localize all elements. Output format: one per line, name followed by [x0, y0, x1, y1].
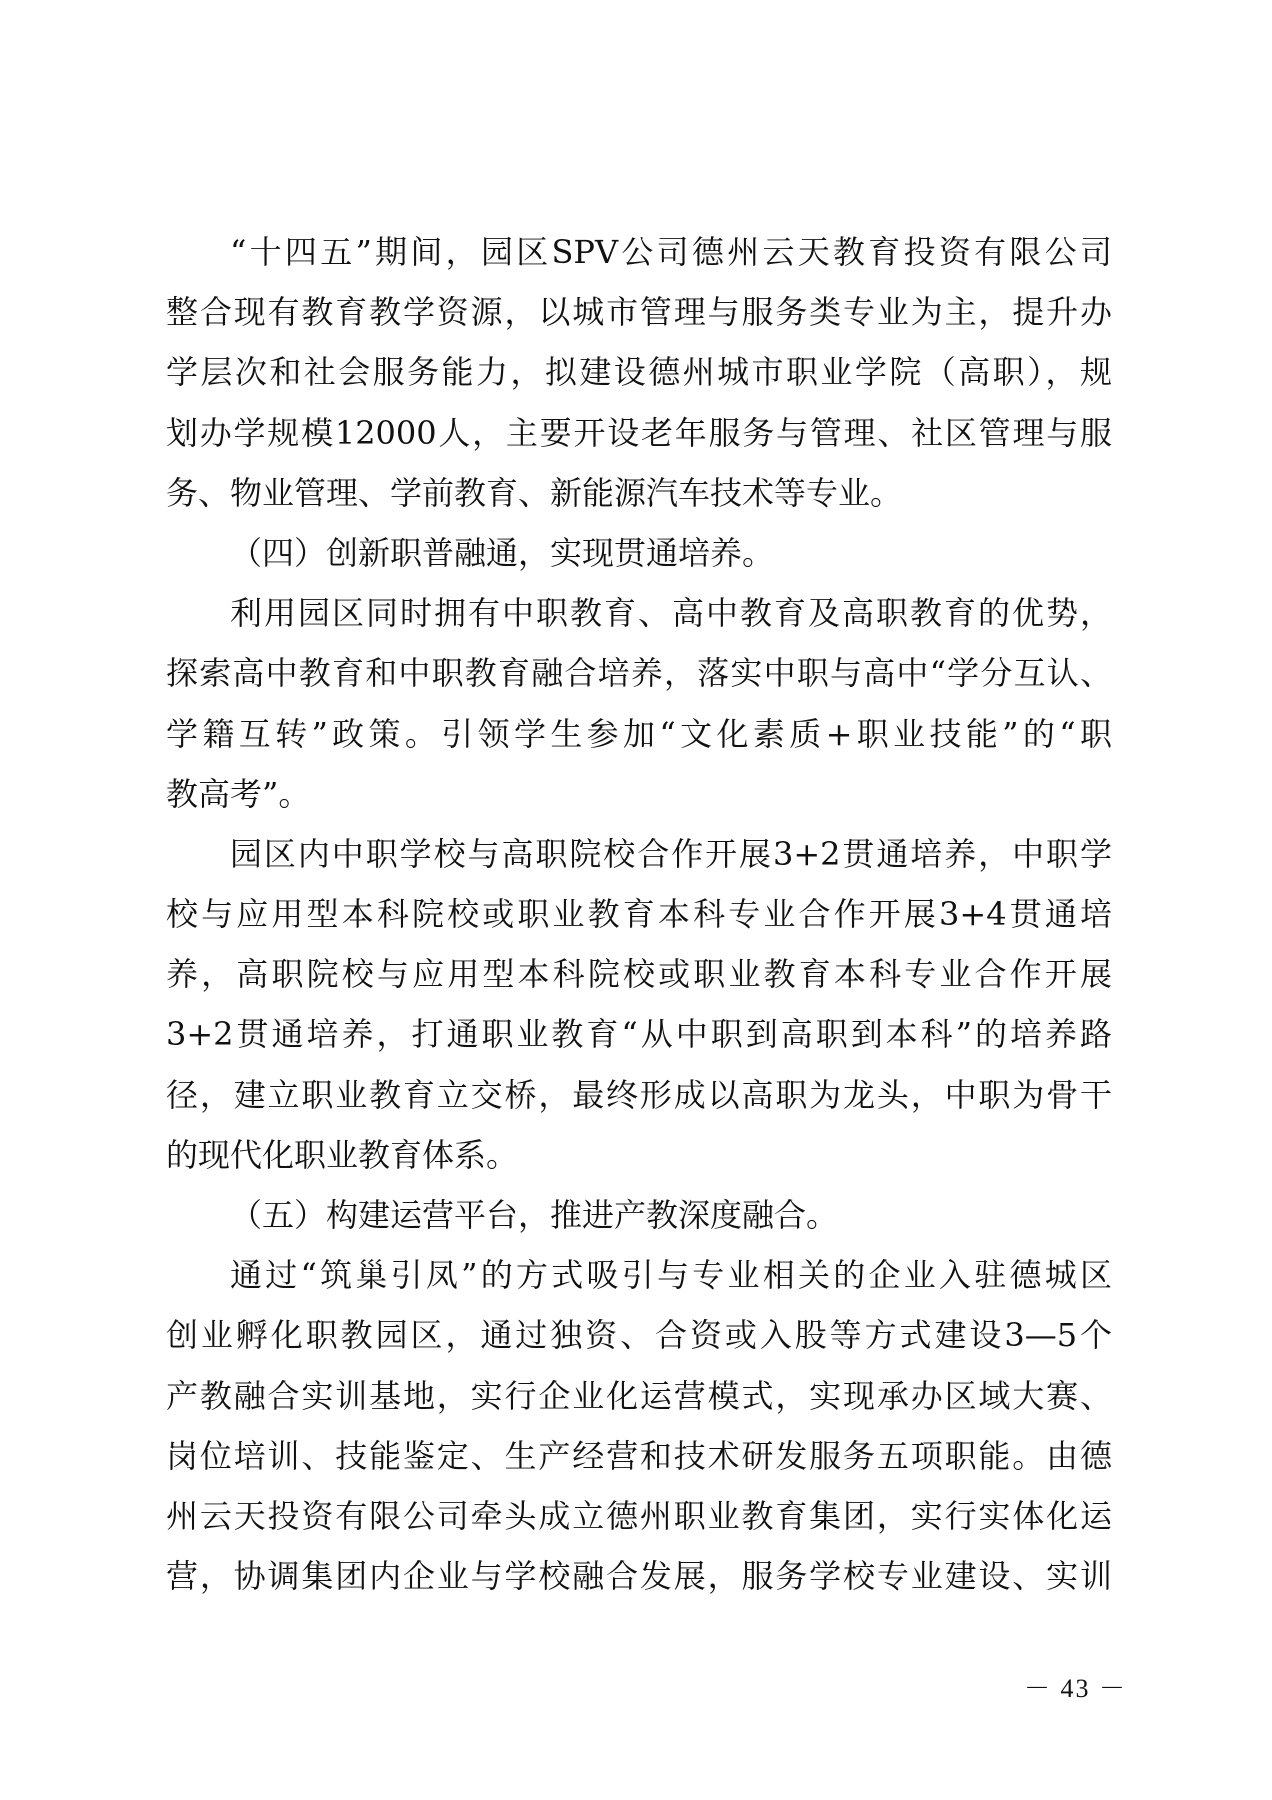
paragraph-line: 务、物业管理、学前教育、新能源汽车技术等专业。: [166, 463, 1112, 523]
paragraph-line: 通过“筑巢引凤”的方式吸引与专业相关的企业入驻德城区: [166, 1245, 1112, 1305]
section-heading: （五）构建运营平台，推进产教深度融合。: [166, 1185, 1112, 1245]
paragraph-line: 养，高职院校与应用型本科院校或职业教育本科专业合作开展: [166, 944, 1112, 1004]
paragraph-line: 利用园区同时拥有中职教育、高中教育及高职教育的优势，: [166, 583, 1112, 643]
paragraph-line: 州云天投资有限公司牵头成立德州职业教育集团，实行实体化运: [166, 1486, 1112, 1546]
paragraph-line: 产教融合实训基地，实行企业化运营模式，实现承办区域大赛、: [166, 1366, 1112, 1426]
paragraph-line: 探索高中教育和中职教育融合培养，落实中职与高中“学分互认、: [166, 643, 1112, 703]
document-page: “十四五”期间，园区SPV公司德州云天教育投资有限公司 整合现有教育教学资源，以…: [166, 222, 1112, 1606]
paragraph-line: 划办学规模12000人，主要开设老年服务与管理、社区管理与服: [166, 403, 1112, 463]
paragraph-line: 教高考”。: [166, 764, 1112, 824]
section-heading: （四）创新职普融通，实现贯通培养。: [166, 523, 1112, 583]
paragraph-line: 学籍互转”政策。引领学生参加“文化素质+职业技能”的“职: [166, 704, 1112, 764]
paragraph-line: 的现代化职业教育体系。: [166, 1125, 1112, 1185]
paragraph-line: 整合现有教育教学资源，以城市管理与服务类专业为主，提升办: [166, 282, 1112, 342]
paragraph-line: 径，建立职业教育立交桥，最终形成以高职为龙头，中职为骨干: [166, 1065, 1112, 1125]
paragraph-line: 3+2贯通培养，打通职业教育“从中职到高职到本科”的培养路: [166, 1004, 1112, 1064]
paragraph-line: 园区内中职学校与高职院校合作开展3+2贯通培养，中职学: [166, 824, 1112, 884]
paragraph-line: 岗位培训、技能鉴定、生产经营和技术研发服务五项职能。由德: [166, 1426, 1112, 1486]
paragraph-line: 创业孵化职教园区，通过独资、合资或入股等方式建设3—5个: [166, 1305, 1112, 1365]
page-number: － 43 －: [1024, 1668, 1127, 1705]
paragraph-line: 营，协调集团内企业与学校融合发展，服务学校专业建设、实训: [166, 1546, 1112, 1606]
paragraph-line: 校与应用型本科院校或职业教育本科专业合作开展3+4贯通培: [166, 884, 1112, 944]
paragraph-line: 学层次和社会服务能力，拟建设德州城市职业学院（高职），规: [166, 342, 1112, 402]
paragraph-line: “十四五”期间，园区SPV公司德州云天教育投资有限公司: [166, 222, 1112, 282]
